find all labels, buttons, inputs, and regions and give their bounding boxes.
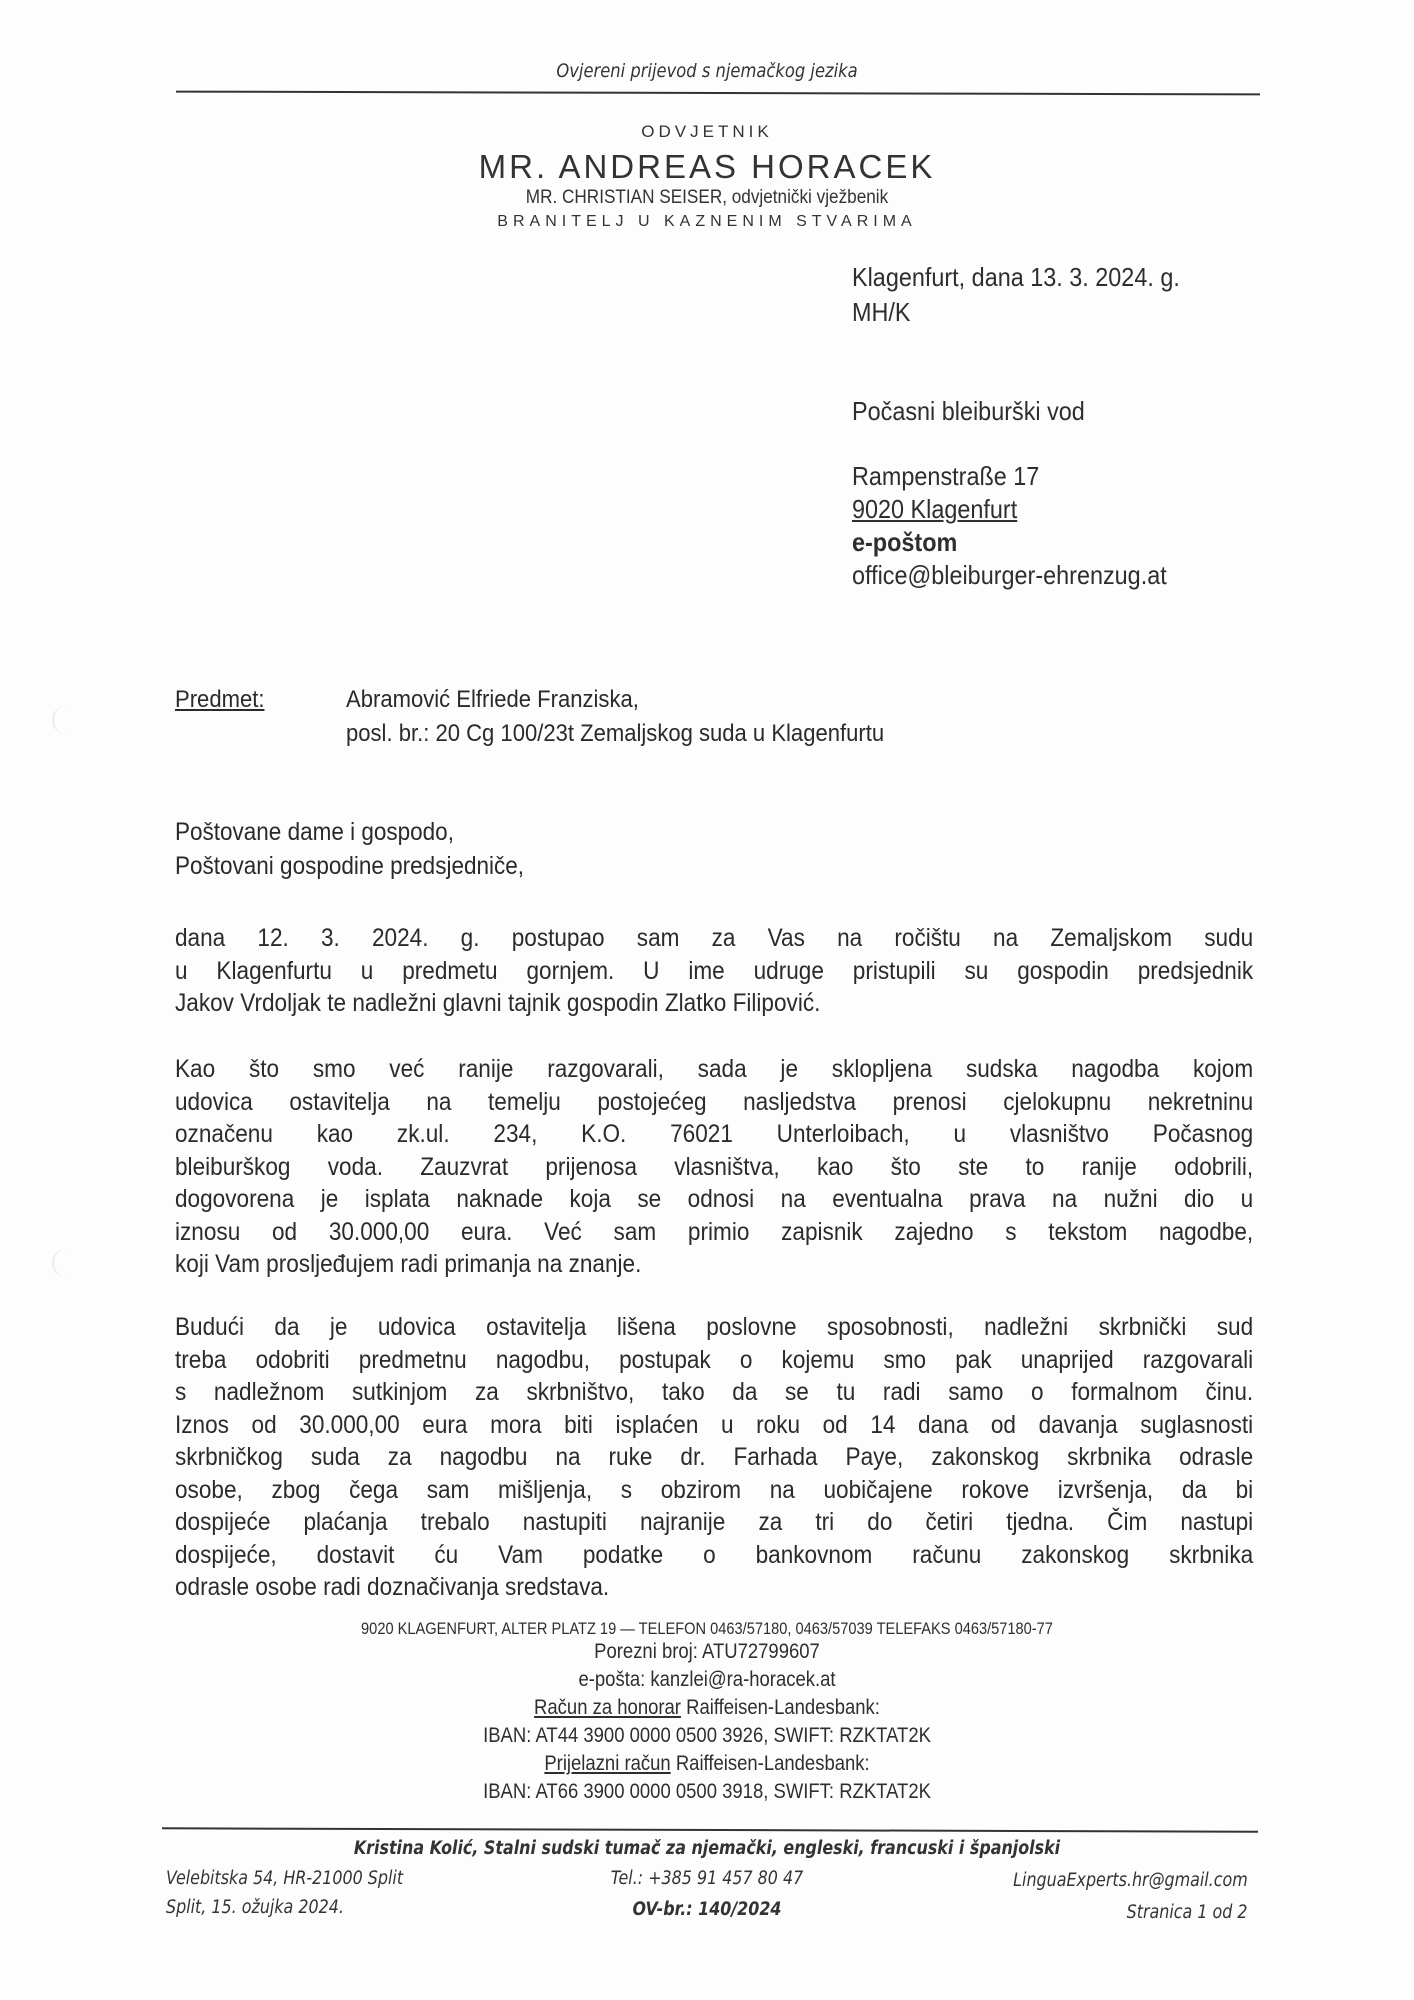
paragraph-line: dospijeće, dostavit ću Vam podatke o ban… [175,1539,1253,1572]
subject-line-2: posl. br.: 20 Cg 100/23t Zemaljskog suda… [346,720,884,748]
paragraph-line: u Klagenfurtu u predmetu gornjem. U ime … [175,955,1253,988]
subject-label: Predmet: [175,686,264,714]
document-page: Ovjereni prijevod s njemačkog jezika ODV… [0,0,1414,2000]
paragraph-1: dana 12. 3. 2024. g. postupao sam za Vas… [175,922,1253,1020]
letterhead-name: MR. ANDREAS HORACEK [0,148,1414,186]
paragraph-line: koji Vam prosljeđujem radi primanja na z… [175,1248,1253,1281]
paragraph-3: Budući da je udovica ostavitelja lišena … [175,1311,1253,1604]
punch-hole-mark [52,1248,84,1278]
recipient-street: Rampenstraße 17 [852,461,1039,492]
punch-hole-mark [52,705,84,735]
salutation-1: Poštovane dame i gospodo, [175,818,454,847]
footer-rule [162,1827,1258,1832]
paragraph-line: bleiburškog voda. Zauzvrat prijenosa vla… [175,1151,1253,1184]
account-2-heading: Prijelazni račun Raiffeisen-Landesbank: [85,1752,1329,1776]
paragraph-line: osobe, zbog čega sam mišljenja, s obziro… [175,1474,1253,1507]
paragraph-line: odrasle osobe radi doznačivanja sredstav… [175,1571,1253,1604]
page-number: Stranica 1 od 2 [1127,1902,1248,1923]
firm-address-line: 9020 KLAGENFURT, ALTER PLATZ 19 — TELEFO… [99,1619,1315,1639]
letterhead-role: BRANITELJ U KAZNENIM STVARIMA [0,213,1414,231]
paragraph-line: skrbničkog suda za nagodbu na ruke dr. F… [175,1441,1253,1474]
paragraph-line: dospijeće plaćanja trebalo nastupiti naj… [175,1506,1253,1539]
recipient-email: office@bleiburger-ehrenzug.at [852,560,1167,591]
salutation-2: Poštovani gospodine predsjedniče, [175,852,524,881]
letterhead-title: ODVJETNIK [0,122,1414,142]
tax-number: Porezni broj: ATU72799607 [85,1640,1329,1664]
paragraph-line: treba odobriti predmetnu nagodbu, postup… [175,1344,1253,1377]
paragraph-line: označenu kao zk.ul. 234, K.O. 76021 Unte… [175,1118,1253,1151]
paragraph-line: Iznos od 30.000,00 eura mora biti isplać… [175,1409,1253,1442]
translation-header: Ovjereni prijevod s njemačkog jezika [99,60,1315,82]
recipient-city: 9020 Klagenfurt [852,494,1017,525]
paragraph-line: dogovorena je isplata naknade koja se od… [175,1183,1253,1216]
place-date: Klagenfurt, dana 13. 3. 2024. g. [852,262,1180,293]
paragraph-line: Budući da je udovica ostavitelja lišena … [175,1311,1253,1344]
translator-name: Kristina Kolić, Stalni sudski tumač za n… [99,1838,1315,1859]
recipient-name: Počasni bleiburški vod [852,396,1085,427]
account-1-heading: Račun za honorar Raiffeisen-Landesbank: [85,1696,1329,1720]
delivery-method: e-poštom [852,527,957,558]
paragraph-line: iznosu od 30.000,00 eura. Već sam primio… [175,1216,1253,1249]
paragraph-line: Kao što smo već ranije razgovarali, sada… [175,1053,1253,1086]
paragraph-line: dana 12. 3. 2024. g. postupao sam za Vas… [175,922,1253,955]
account-1-iban: IBAN: AT44 3900 0000 0500 3926, SWIFT: R… [85,1724,1329,1748]
header-rule [176,91,1260,96]
translator-email: LinguaExperts.hr@gmail.com [1013,1870,1248,1891]
account-2-label: Prijelazni račun [544,1752,670,1775]
account-1-label: Račun za honorar [534,1696,681,1719]
paragraph-line: udovica ostavitelja na temelju postojeće… [175,1086,1253,1119]
reference: MH/K [852,297,911,328]
firm-email: e-pošta: kanzlei@ra-horacek.at [85,1668,1329,1692]
account-2-iban: IBAN: AT66 3900 0000 0500 3918, SWIFT: R… [85,1780,1329,1804]
paragraph-line: s nadležnom sutkinjom za skrbništvo, tak… [175,1376,1253,1409]
subject-line-1: Abramović Elfriede Franziska, [346,686,639,714]
paragraph-2: Kao što smo već ranije razgovarali, sada… [175,1053,1253,1281]
account-2-bank: Raiffeisen-Landesbank: [671,1752,870,1775]
letterhead-associate: MR. CHRISTIAN SEISER, odvjetnički vježbe… [85,186,1329,209]
account-1-bank: Raiffeisen-Landesbank: [681,1696,880,1719]
paragraph-line: Jakov Vrdoljak te nadležni glavni tajnik… [175,987,1253,1020]
